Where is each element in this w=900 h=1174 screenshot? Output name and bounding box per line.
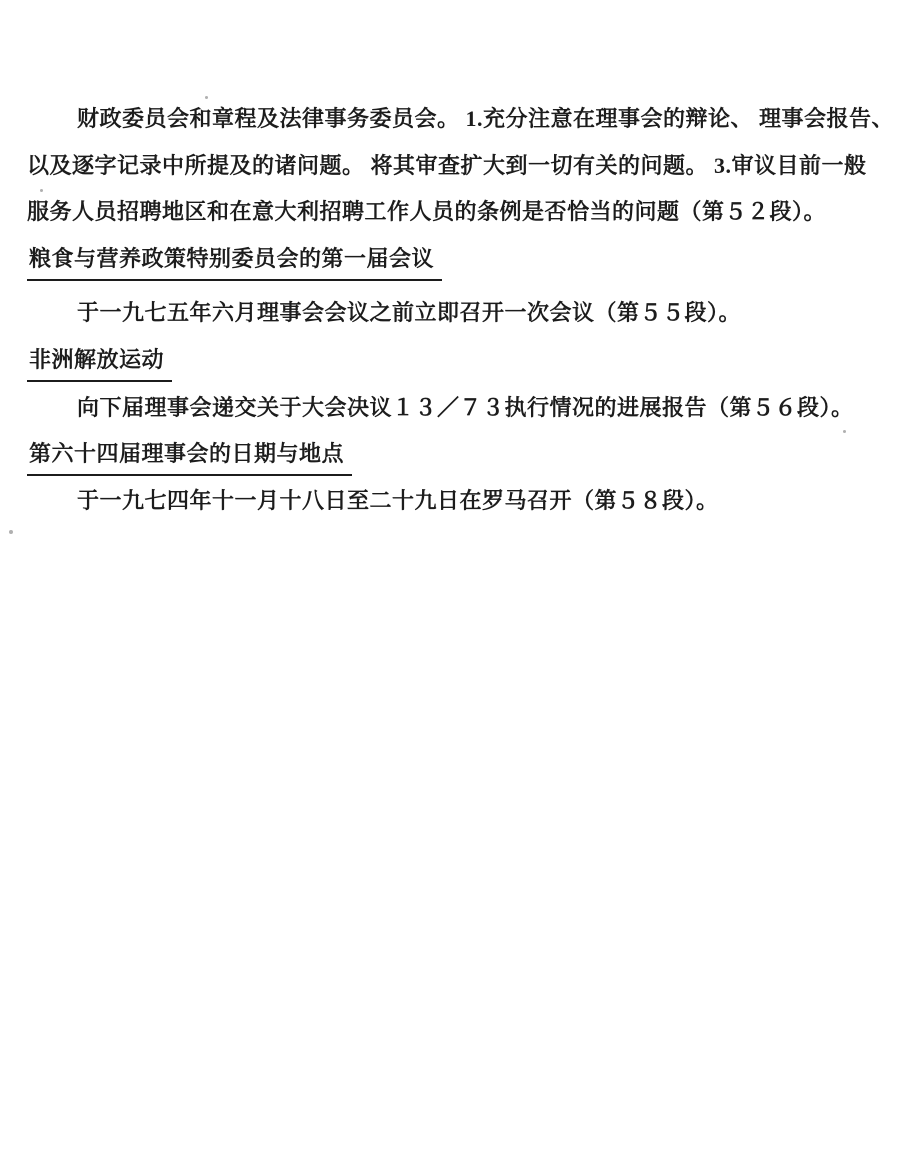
section-heading-text: 粮食与营养政策特别委员会的第一届会议 <box>27 243 442 281</box>
section-heading-64th-council-date-place: 第六十四届理事会的日期与地点 <box>27 438 352 476</box>
scanned-document-page: 财政委员会和章程及法律事务委员会。 1.充分注意在理事会的辩论、 理事会报告、 … <box>0 0 900 1174</box>
scan-speckle <box>9 530 13 534</box>
scan-speckle <box>843 430 846 433</box>
section-body-african-liberation-movement: 向下届理事会递交关于大会决议１３／７３执行情况的进展报告（第５６段）。 <box>77 392 854 424</box>
paragraph-line-2: 以及逐字记录中所提及的诸问题。 将其审查扩大到一切有关的问题。 3.审议目前一般 <box>27 150 867 182</box>
section-heading-african-liberation-movement: 非洲解放运动 <box>27 344 172 382</box>
paragraph-line-3: 服务人员招聘地区和在意大利招聘工作人员的条例是否恰当的问题（第５２段）。 <box>27 196 826 228</box>
section-body-food-nutrition-policy-committee: 于一九七五年六月理事会会议之前立即召开一次会议（第５５段）。 <box>77 297 741 329</box>
section-heading-text: 第六十四届理事会的日期与地点 <box>27 438 352 476</box>
section-body-64th-council-date-place: 于一九七四年十一月十八日至二十九日在罗马召开（第５８段）。 <box>77 485 719 517</box>
scan-speckle <box>40 189 43 192</box>
section-heading-food-nutrition-policy-committee: 粮食与营养政策特别委员会的第一届会议 <box>27 243 442 281</box>
scan-speckle <box>205 96 208 99</box>
section-heading-text: 非洲解放运动 <box>27 344 172 382</box>
paragraph-line-1: 财政委员会和章程及法律事务委员会。 1.充分注意在理事会的辩论、 理事会报告、 <box>77 103 894 135</box>
